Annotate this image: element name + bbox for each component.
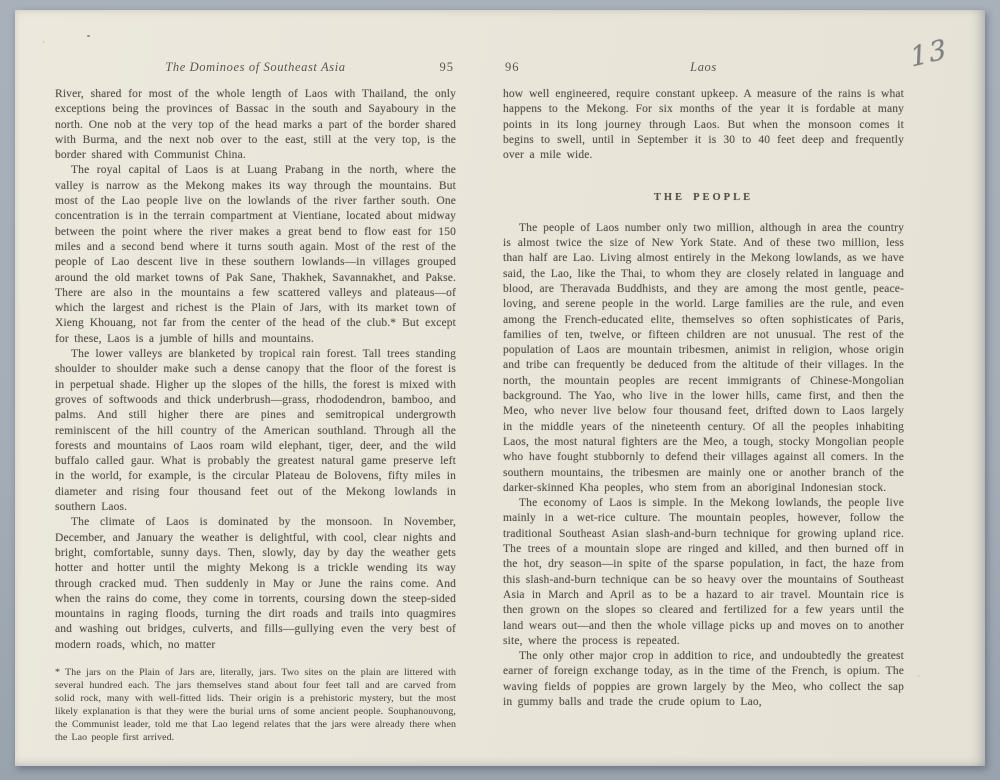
page-left: The Dominoes of Southeast Asia 95 River,… [55, 60, 456, 745]
running-title-left: The Dominoes of Southeast Asia [55, 60, 456, 75]
book-spread-paper: The Dominoes of Southeast Asia 95 River,… [15, 10, 985, 766]
page-number-right: 96 [505, 60, 520, 75]
footnote: * The jars on the Plain of Jars are, lit… [55, 666, 456, 745]
paragraph: The lower valleys are blanketed by tropi… [55, 347, 456, 515]
page-right-body: how well engineered, require constant up… [503, 87, 904, 710]
paragraph: River, shared for most of the whole leng… [55, 87, 456, 163]
page-number-left: 95 [440, 60, 455, 75]
page-left-body: River, shared for most of the whole leng… [55, 87, 456, 653]
paragraph: The royal capital of Laos is at Luang Pr… [55, 163, 456, 347]
paragraph: The climate of Laos is dominated by the … [55, 515, 456, 653]
paragraph: The people of Laos number only two milli… [503, 221, 904, 496]
section-heading: THE PEOPLE [503, 190, 904, 205]
running-title-right: Laos [503, 60, 904, 75]
book-scan: The Dominoes of Southeast Asia 95 River,… [0, 0, 1000, 780]
handwritten-page-number: 13 [908, 33, 950, 73]
paragraph: The only other major crop in addition to… [503, 649, 904, 710]
page-right-header: 96 Laos [503, 60, 904, 78]
paragraph: how well engineered, require constant up… [503, 87, 904, 163]
paragraph: The economy of Laos is simple. In the Me… [503, 496, 904, 649]
page-left-header: The Dominoes of Southeast Asia 95 [55, 60, 456, 78]
page-right: 96 Laos how well engineered, require con… [503, 60, 904, 710]
